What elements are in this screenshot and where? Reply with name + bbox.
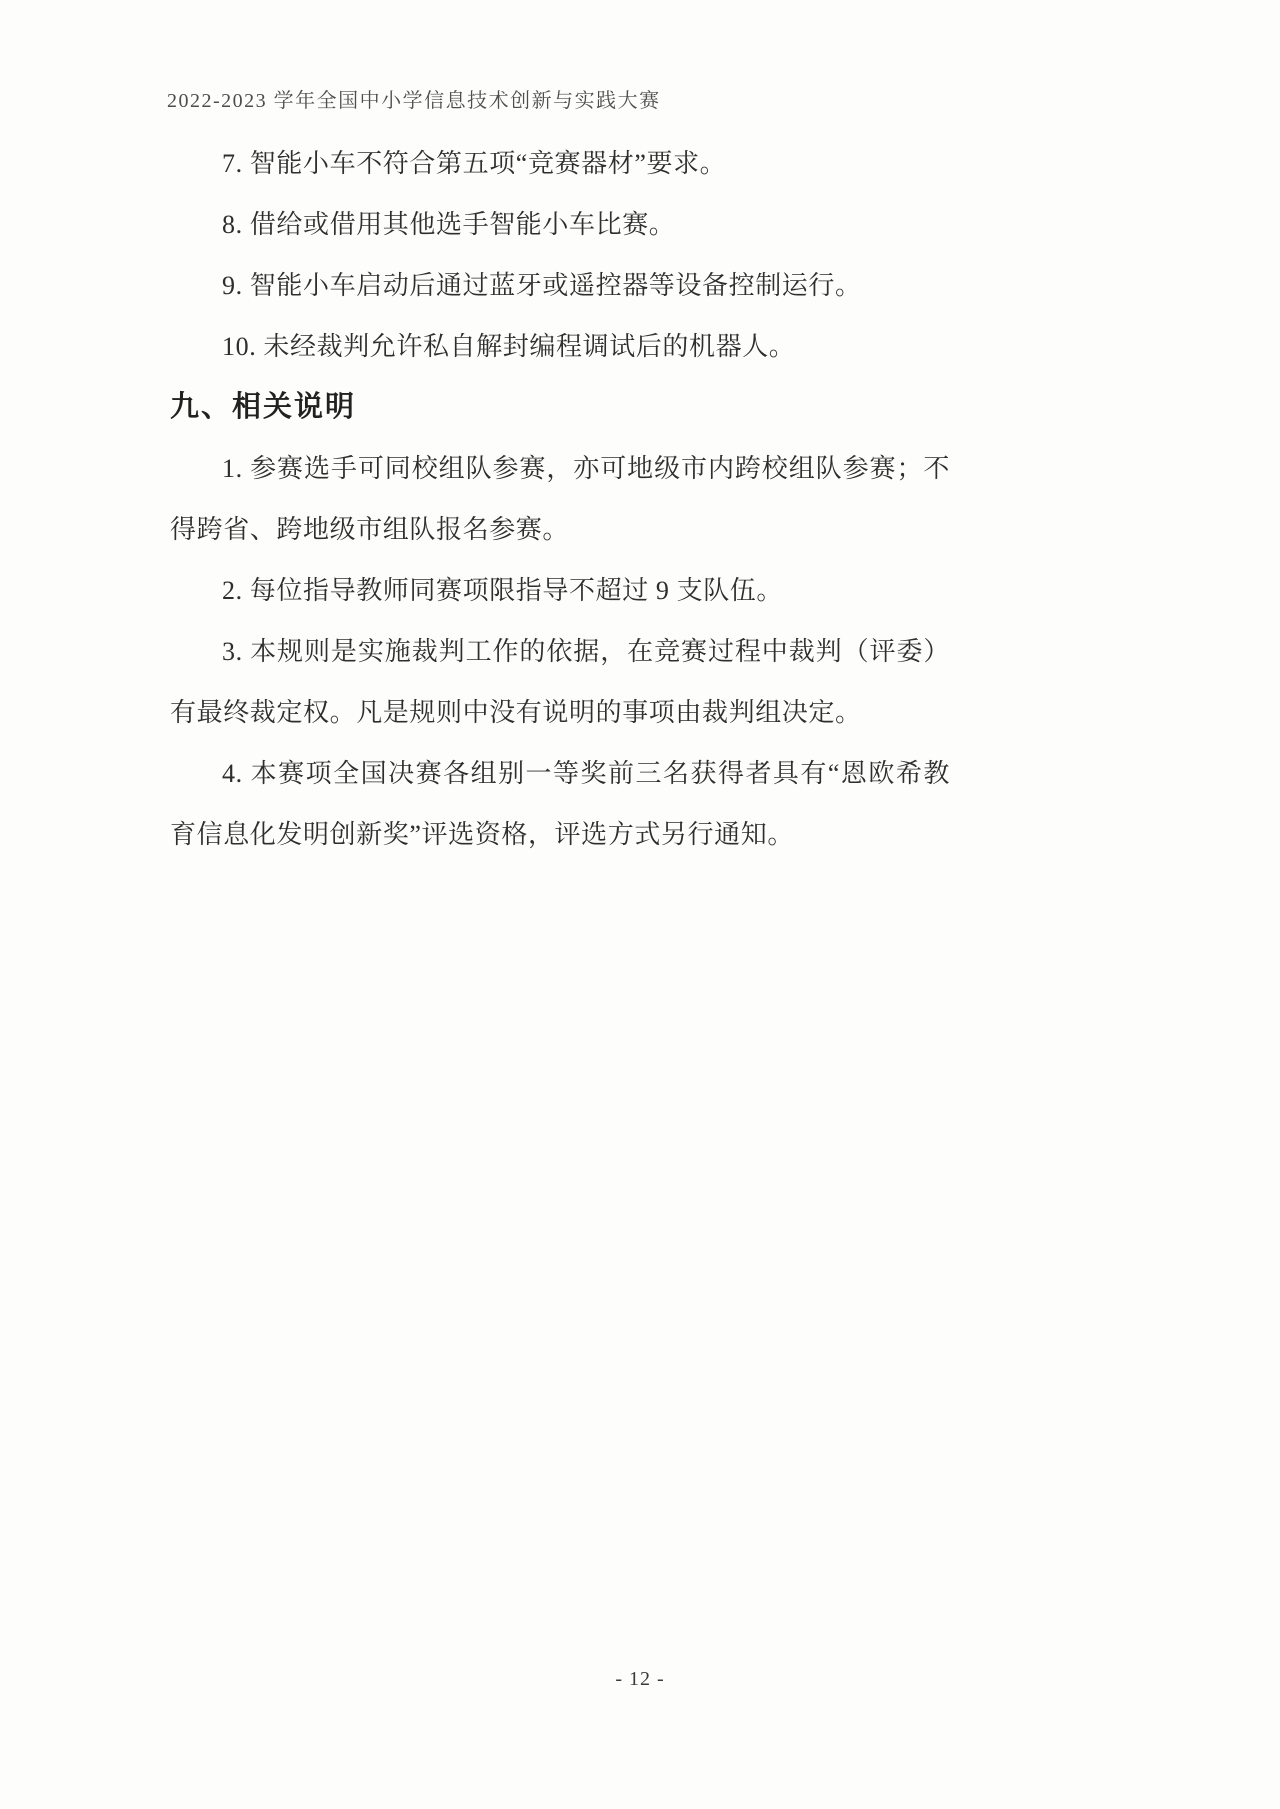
- list-item-9: 9. 智能小车启动后通过蓝牙或遥控器等设备控制运行。: [170, 255, 950, 316]
- running-header: 2022-2023 学年全国中小学信息技术创新与实践大赛: [167, 84, 661, 113]
- paragraph-4: 4. 本赛项全国决赛各组别一等奖前三名获得者具有“恩欧希教育信息化发明创新奖”评…: [170, 743, 950, 865]
- document-body: 7. 智能小车不符合第五项“竞赛器材”要求。 8. 借给或借用其他选手智能小车比…: [170, 133, 950, 865]
- list-item-7: 7. 智能小车不符合第五项“竞赛器材”要求。: [170, 133, 950, 194]
- document-page: 2022-2023 学年全国中小学信息技术创新与实践大赛 7. 智能小车不符合第…: [0, 0, 1280, 1809]
- paragraph-3: 3. 本规则是实施裁判工作的依据，在竞赛过程中裁判（评委）有最终裁定权。凡是规则…: [170, 621, 950, 743]
- paragraph-1: 1. 参赛选手可同校组队参赛，亦可地级市内跨校组队参赛；不得跨省、跨地级市组队报…: [170, 438, 950, 560]
- section-heading: 九、相关说明: [170, 377, 950, 438]
- list-item-8: 8. 借给或借用其他选手智能小车比赛。: [170, 194, 950, 255]
- paragraph-2: 2. 每位指导教师同赛项限指导不超过 9 支队伍。: [170, 560, 950, 621]
- page-number: - 12 -: [0, 1668, 1280, 1691]
- list-item-10: 10. 未经裁判允许私自解封编程调试后的机器人。: [170, 316, 950, 377]
